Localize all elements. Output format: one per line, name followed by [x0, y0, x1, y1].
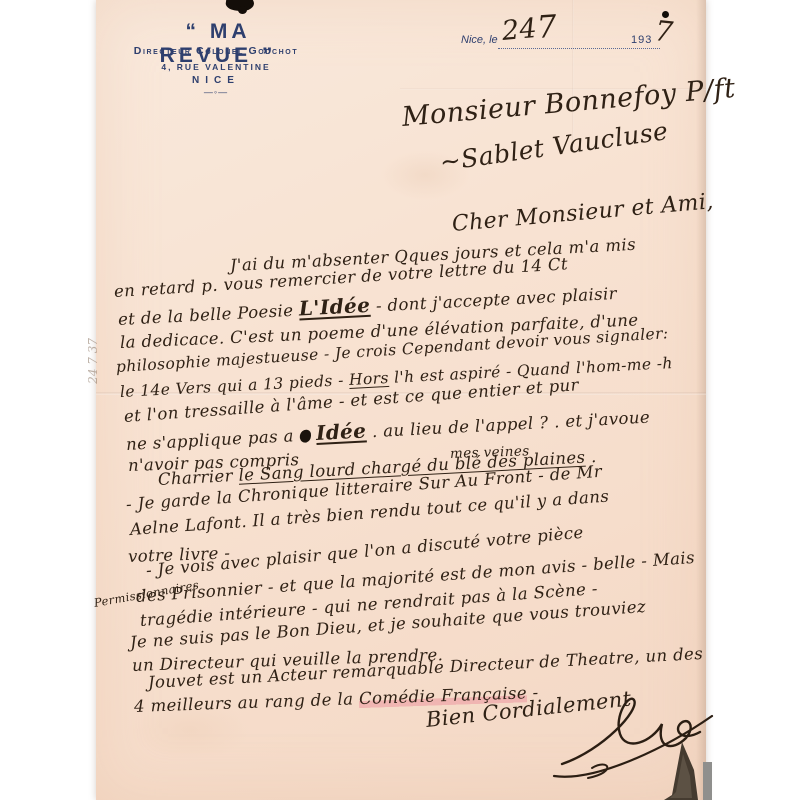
handwritten-day: 24 — [501, 13, 539, 47]
letterhead-director-line: Directeur Colonel Godchot — [116, 45, 316, 57]
handwritten-year-digit: 7 — [653, 14, 675, 49]
vertical-crease — [572, 0, 574, 150]
letterhead-address-line: 4, RUE VALENTINE — [136, 62, 296, 72]
letterhead-city: NICE — [156, 75, 276, 86]
paper-edge-shadow — [696, 0, 706, 800]
handwritten-month: 7 — [536, 9, 559, 46]
ink-blob-top-edge — [238, 6, 247, 14]
dateline-printed-year: 193 — [631, 34, 652, 46]
scanned-letter-page: “ MA REVUE ” Directeur Colonel Godchot 4… — [0, 0, 800, 800]
underlined-word: Idée — [315, 418, 367, 445]
letterhead-title: “ MA REVUE ” — [138, 20, 298, 68]
underlined-word: Hors — [349, 369, 390, 389]
dateline-printed-prefix: Nice, le — [461, 34, 498, 46]
letterhead-rule-ornament: —◦— — [166, 87, 266, 97]
pencil-margin-note: 24 7 37 — [86, 338, 100, 384]
underlined-poem-title: L'Idée — [298, 293, 371, 321]
ink-blot — [298, 429, 311, 444]
signature-flourish — [548, 688, 718, 783]
